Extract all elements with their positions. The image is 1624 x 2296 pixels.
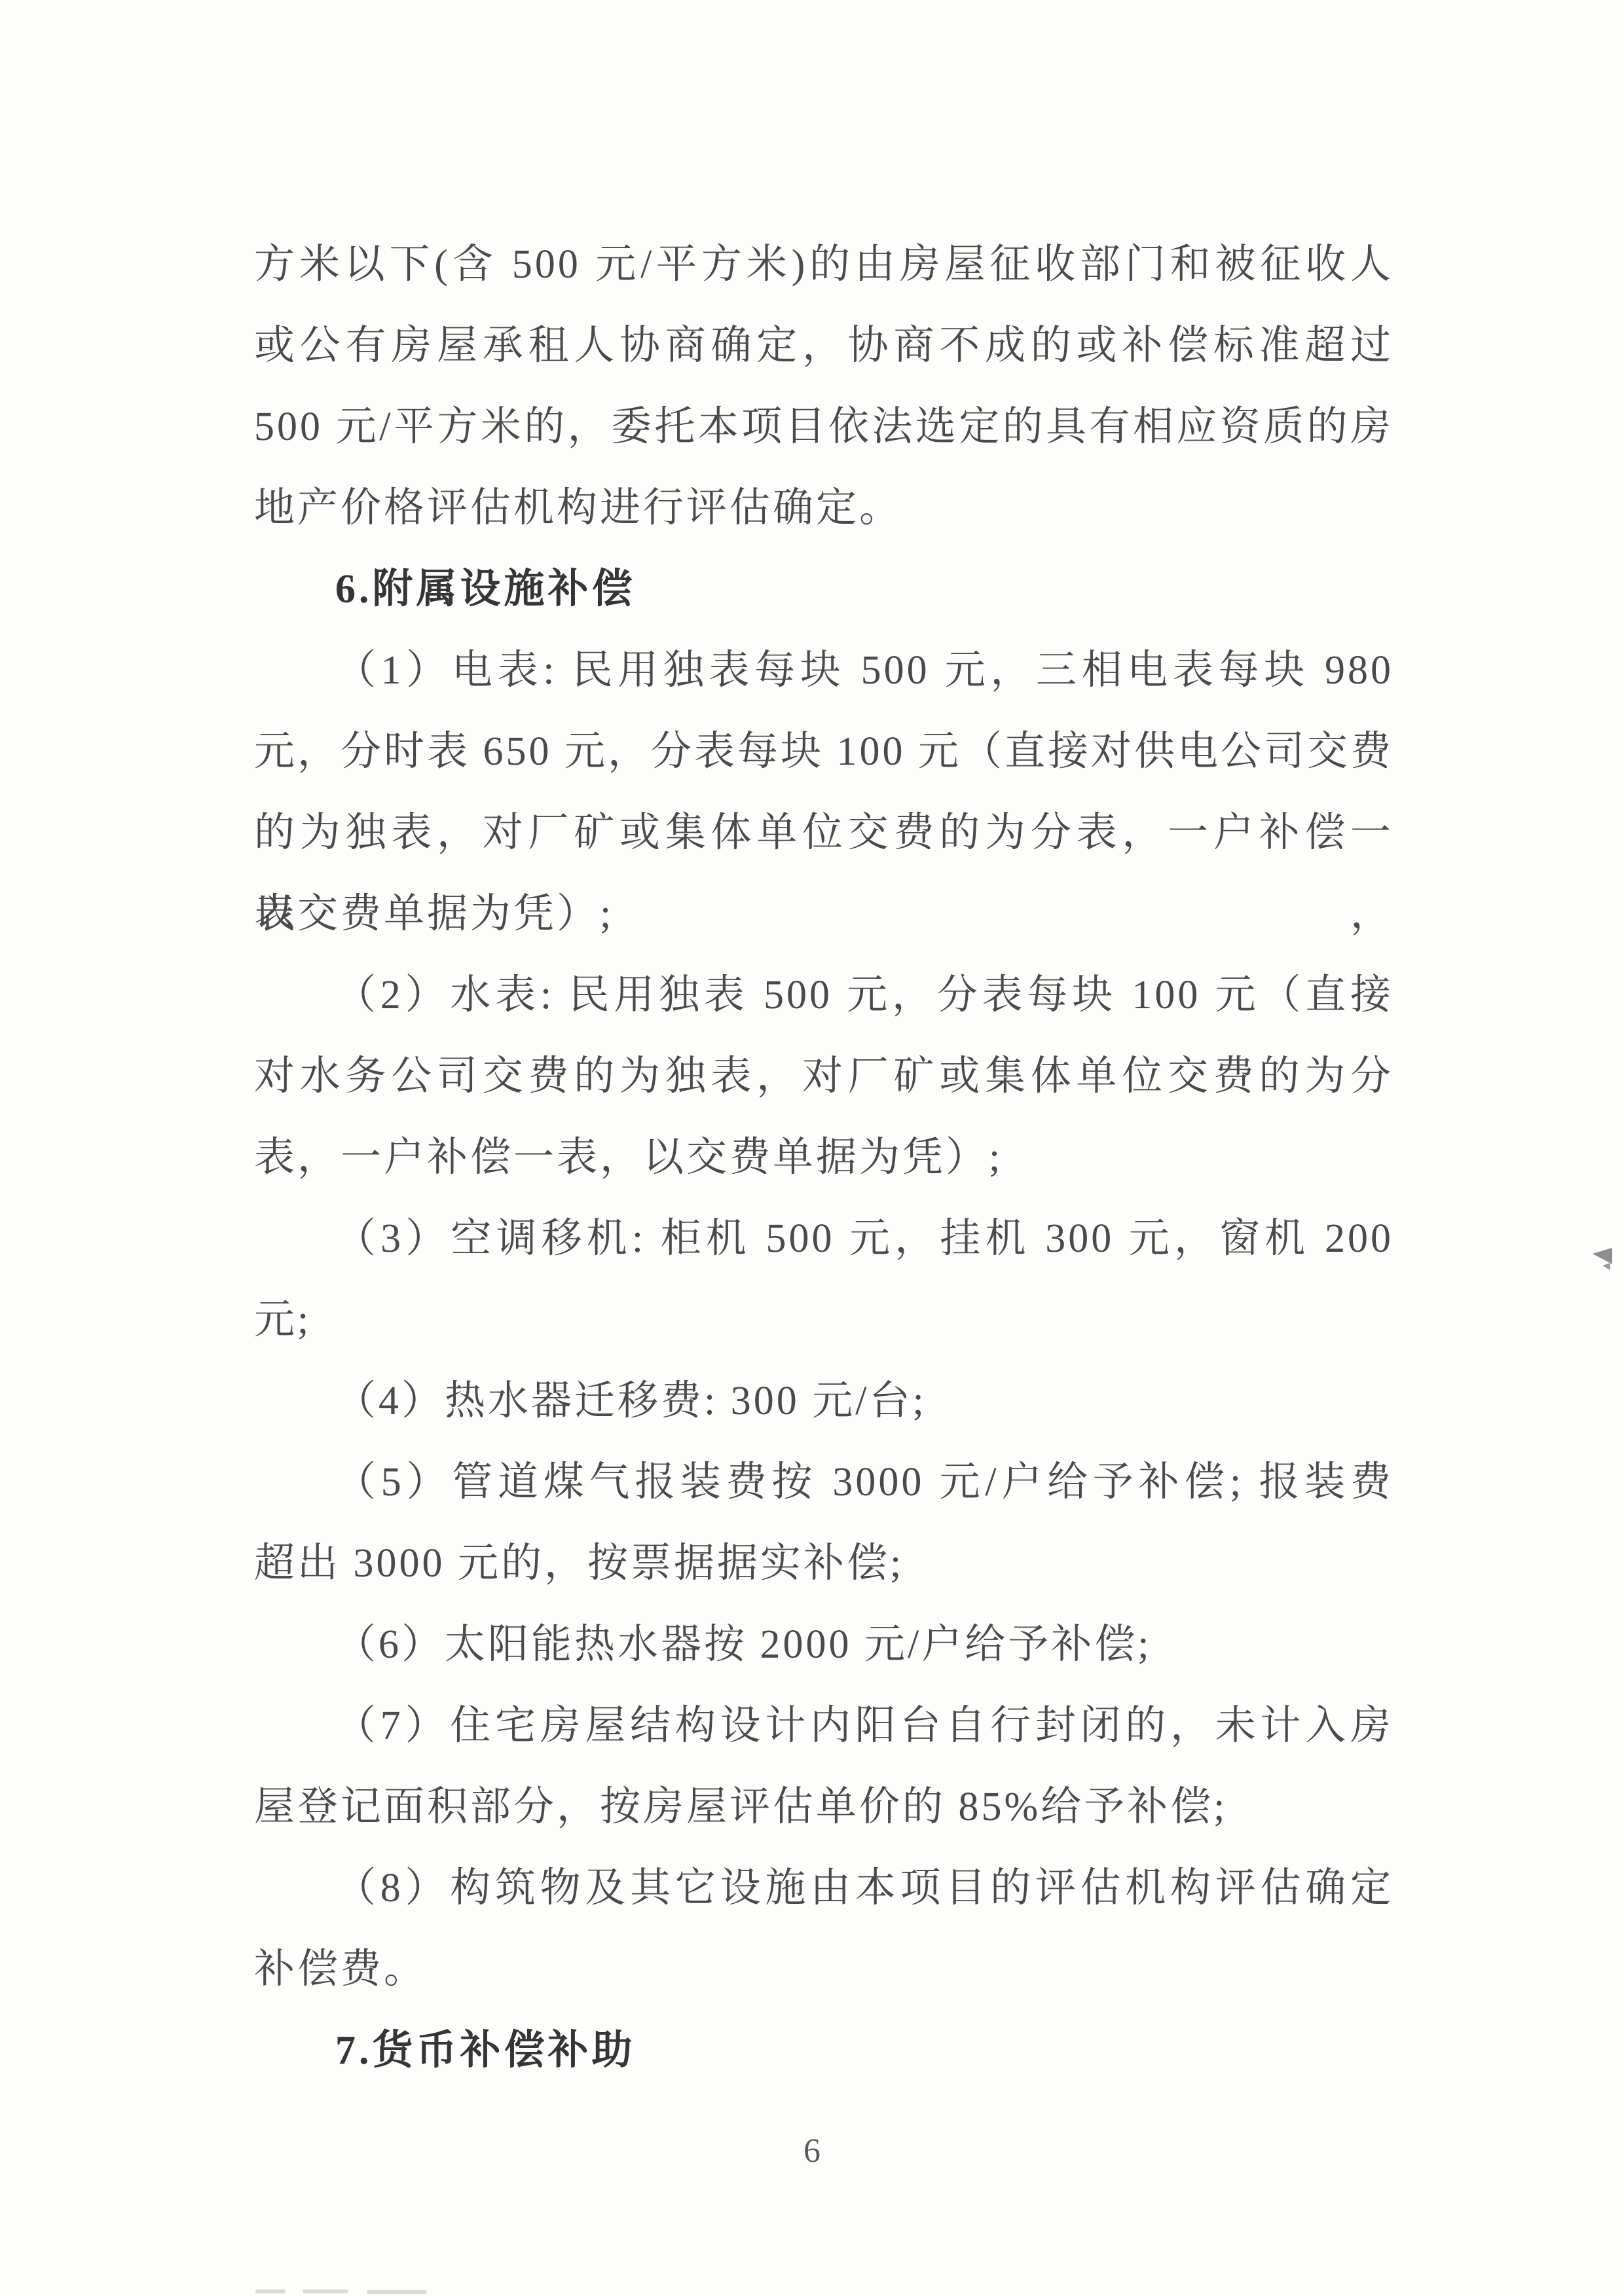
text-line: 表，一户补偿一表，以交费单据为凭）;	[254, 1117, 1393, 1198]
text-line: （4）热水器迁移费: 300 元/台;	[254, 1360, 1393, 1442]
text-line: （1）电表: 民用独表每块 500 元，三相电表每块 980	[254, 630, 1393, 711]
text-line: 屋登记面积部分，按房屋评估单价的 85%给予补偿;	[254, 1766, 1393, 1848]
text-line: 地产价格评估机构进行评估确定。	[254, 467, 1393, 549]
page-number: 6	[0, 2132, 1624, 2170]
text-line: 或公有房屋承租人协商确定，协商不成的或补偿标准超过	[254, 305, 1393, 386]
section-heading: 7.货币补偿补助	[254, 2010, 1393, 2091]
text-block: 方米以下(含 500 元/平方米)的由房屋征收部门和被征收人或公有房屋承租人协商…	[254, 224, 1393, 2091]
text-line: 的为独表，对厂矿或集体单位交费的为分表，一户补偿一表，	[254, 792, 1393, 873]
scan-artifact-triangle-small-icon	[1602, 1263, 1610, 1270]
text-line: （5）管道煤气报装费按 3000 元/户给予补偿; 报装费	[254, 1442, 1393, 1523]
text-line: （6）太阳能热水器按 2000 元/户给予补偿;	[254, 1604, 1393, 1685]
text-line: 方米以下(含 500 元/平方米)的由房屋征收部门和被征收人	[254, 224, 1393, 305]
section-heading: 6.附属设施补偿	[254, 549, 1393, 630]
text-line: 元;	[254, 1279, 1393, 1360]
scan-artifact-triangle-icon	[1593, 1248, 1612, 1264]
text-line: 对水务公司交费的为独表，对厂矿或集体单位交费的为分	[254, 1036, 1393, 1117]
text-line: 补偿费。	[254, 1929, 1393, 2010]
scan-smudge	[303, 2289, 348, 2293]
text-line: 超出 3000 元的，按票据据实补偿;	[254, 1523, 1393, 1604]
text-line: 元，分时表 650 元，分表每块 100 元（直接对供电公司交费	[254, 711, 1393, 792]
text-line: （7）住宅房屋结构设计内阳台自行封闭的，未计入房	[254, 1685, 1393, 1766]
scan-smudge	[367, 2290, 427, 2294]
scan-smudge	[255, 2289, 286, 2293]
text-line: 500 元/平方米的，委托本项目依法选定的具有相应资质的房	[254, 386, 1393, 467]
text-line: （8）构筑物及其它设施由本项目的评估机构评估确定	[254, 1848, 1393, 1929]
text-line: （3）空调移机: 柜机 500 元，挂机 300 元，窗机 200	[254, 1198, 1393, 1279]
text-line: （2）水表: 民用独表 500 元，分表每块 100 元（直接	[254, 955, 1393, 1036]
document-page: 方米以下(含 500 元/平方米)的由房屋征收部门和被征收人或公有房屋承租人协商…	[0, 0, 1624, 2296]
